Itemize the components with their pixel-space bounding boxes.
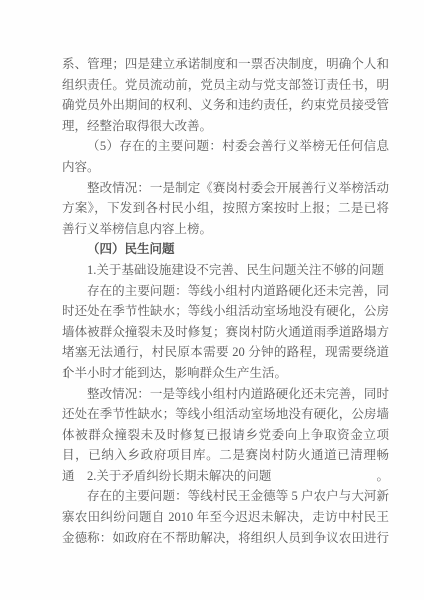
text-line: 金德称：如政府在不帮助解决，将组织人员到争议农田进行 <box>62 528 389 549</box>
text-line: 理，经整治取得很大改善。 <box>62 116 389 137</box>
text-line: 方案》，下发到各村民小组，按照方案按时上报；二是已将 <box>62 198 389 219</box>
text-line: 个半小时才能到达，影响群众生产生活。 <box>62 363 389 384</box>
text-line: 善行义举榜信息内容上榜。 <box>62 219 389 240</box>
document-page: 系、管理；四是建立承诺制度和一票否决制度，明确个人和 组织责任。党员流动前，党员… <box>0 0 424 600</box>
text-line: 整改情况：一是等线小组村内道路硬化还未完善，同时 <box>62 384 389 405</box>
section-heading: （四）民生问题 <box>62 239 389 260</box>
numbered-item-heading: 1.关于基础设施建设不完善、民生问题关注不够的问题 <box>62 260 389 281</box>
text-line: 堵塞无法通行，村民原本需要 20 分钟的路程，现需要绕道 1 <box>62 342 389 363</box>
text-line: 存在的主要问题：等线村民王金德等 5 户农户与大河新 <box>62 486 389 507</box>
text-line: 内容。 <box>62 157 389 178</box>
text-line: 寨农田纠纷问题自 2010 年至今迟迟未解决，走访中村民王 <box>62 507 389 528</box>
text-line: 整改情况：一是制定《赛岗村委会开展善行义举榜活动 <box>62 178 389 199</box>
text-line: 体被群众撞裂未及时修复已报请乡党委向上争取资金立项 <box>62 425 389 446</box>
text-line: 时还处在季节性缺水；等线小组活动室场地没有硬化，公房 <box>62 301 389 322</box>
text-line: 组织责任。党员流动前，党员主动与党支部签订责任书，明 <box>62 75 389 96</box>
text-line: 确党员外出期间的权利、义务和违约责任，约束党员接受管 <box>62 95 389 116</box>
text-line: 墙体被群众撞裂未及时修复；赛岗村防火通道雨季道路塌方 <box>62 322 389 343</box>
text-line: 系、管理；四是建立承诺制度和一票否决制度，明确个人和 <box>62 54 389 75</box>
text-line: 目，已纳入乡政府项目库。二是赛岗村防火通道已清理畅通。 <box>62 445 389 466</box>
document-text-block: 系、管理；四是建立承诺制度和一票否决制度，明确个人和 组织责任。党员流动前，党员… <box>62 54 389 548</box>
text-line: 还处在季节性缺水；等线小组活动室场地没有硬化，公房墙 <box>62 404 389 425</box>
text-line: 存在的主要问题：等线小组村内道路硬化还未完善，同 <box>62 281 389 302</box>
text-line: （5）存在的主要问题：村委会善行义举榜无任何信息 <box>62 136 389 157</box>
